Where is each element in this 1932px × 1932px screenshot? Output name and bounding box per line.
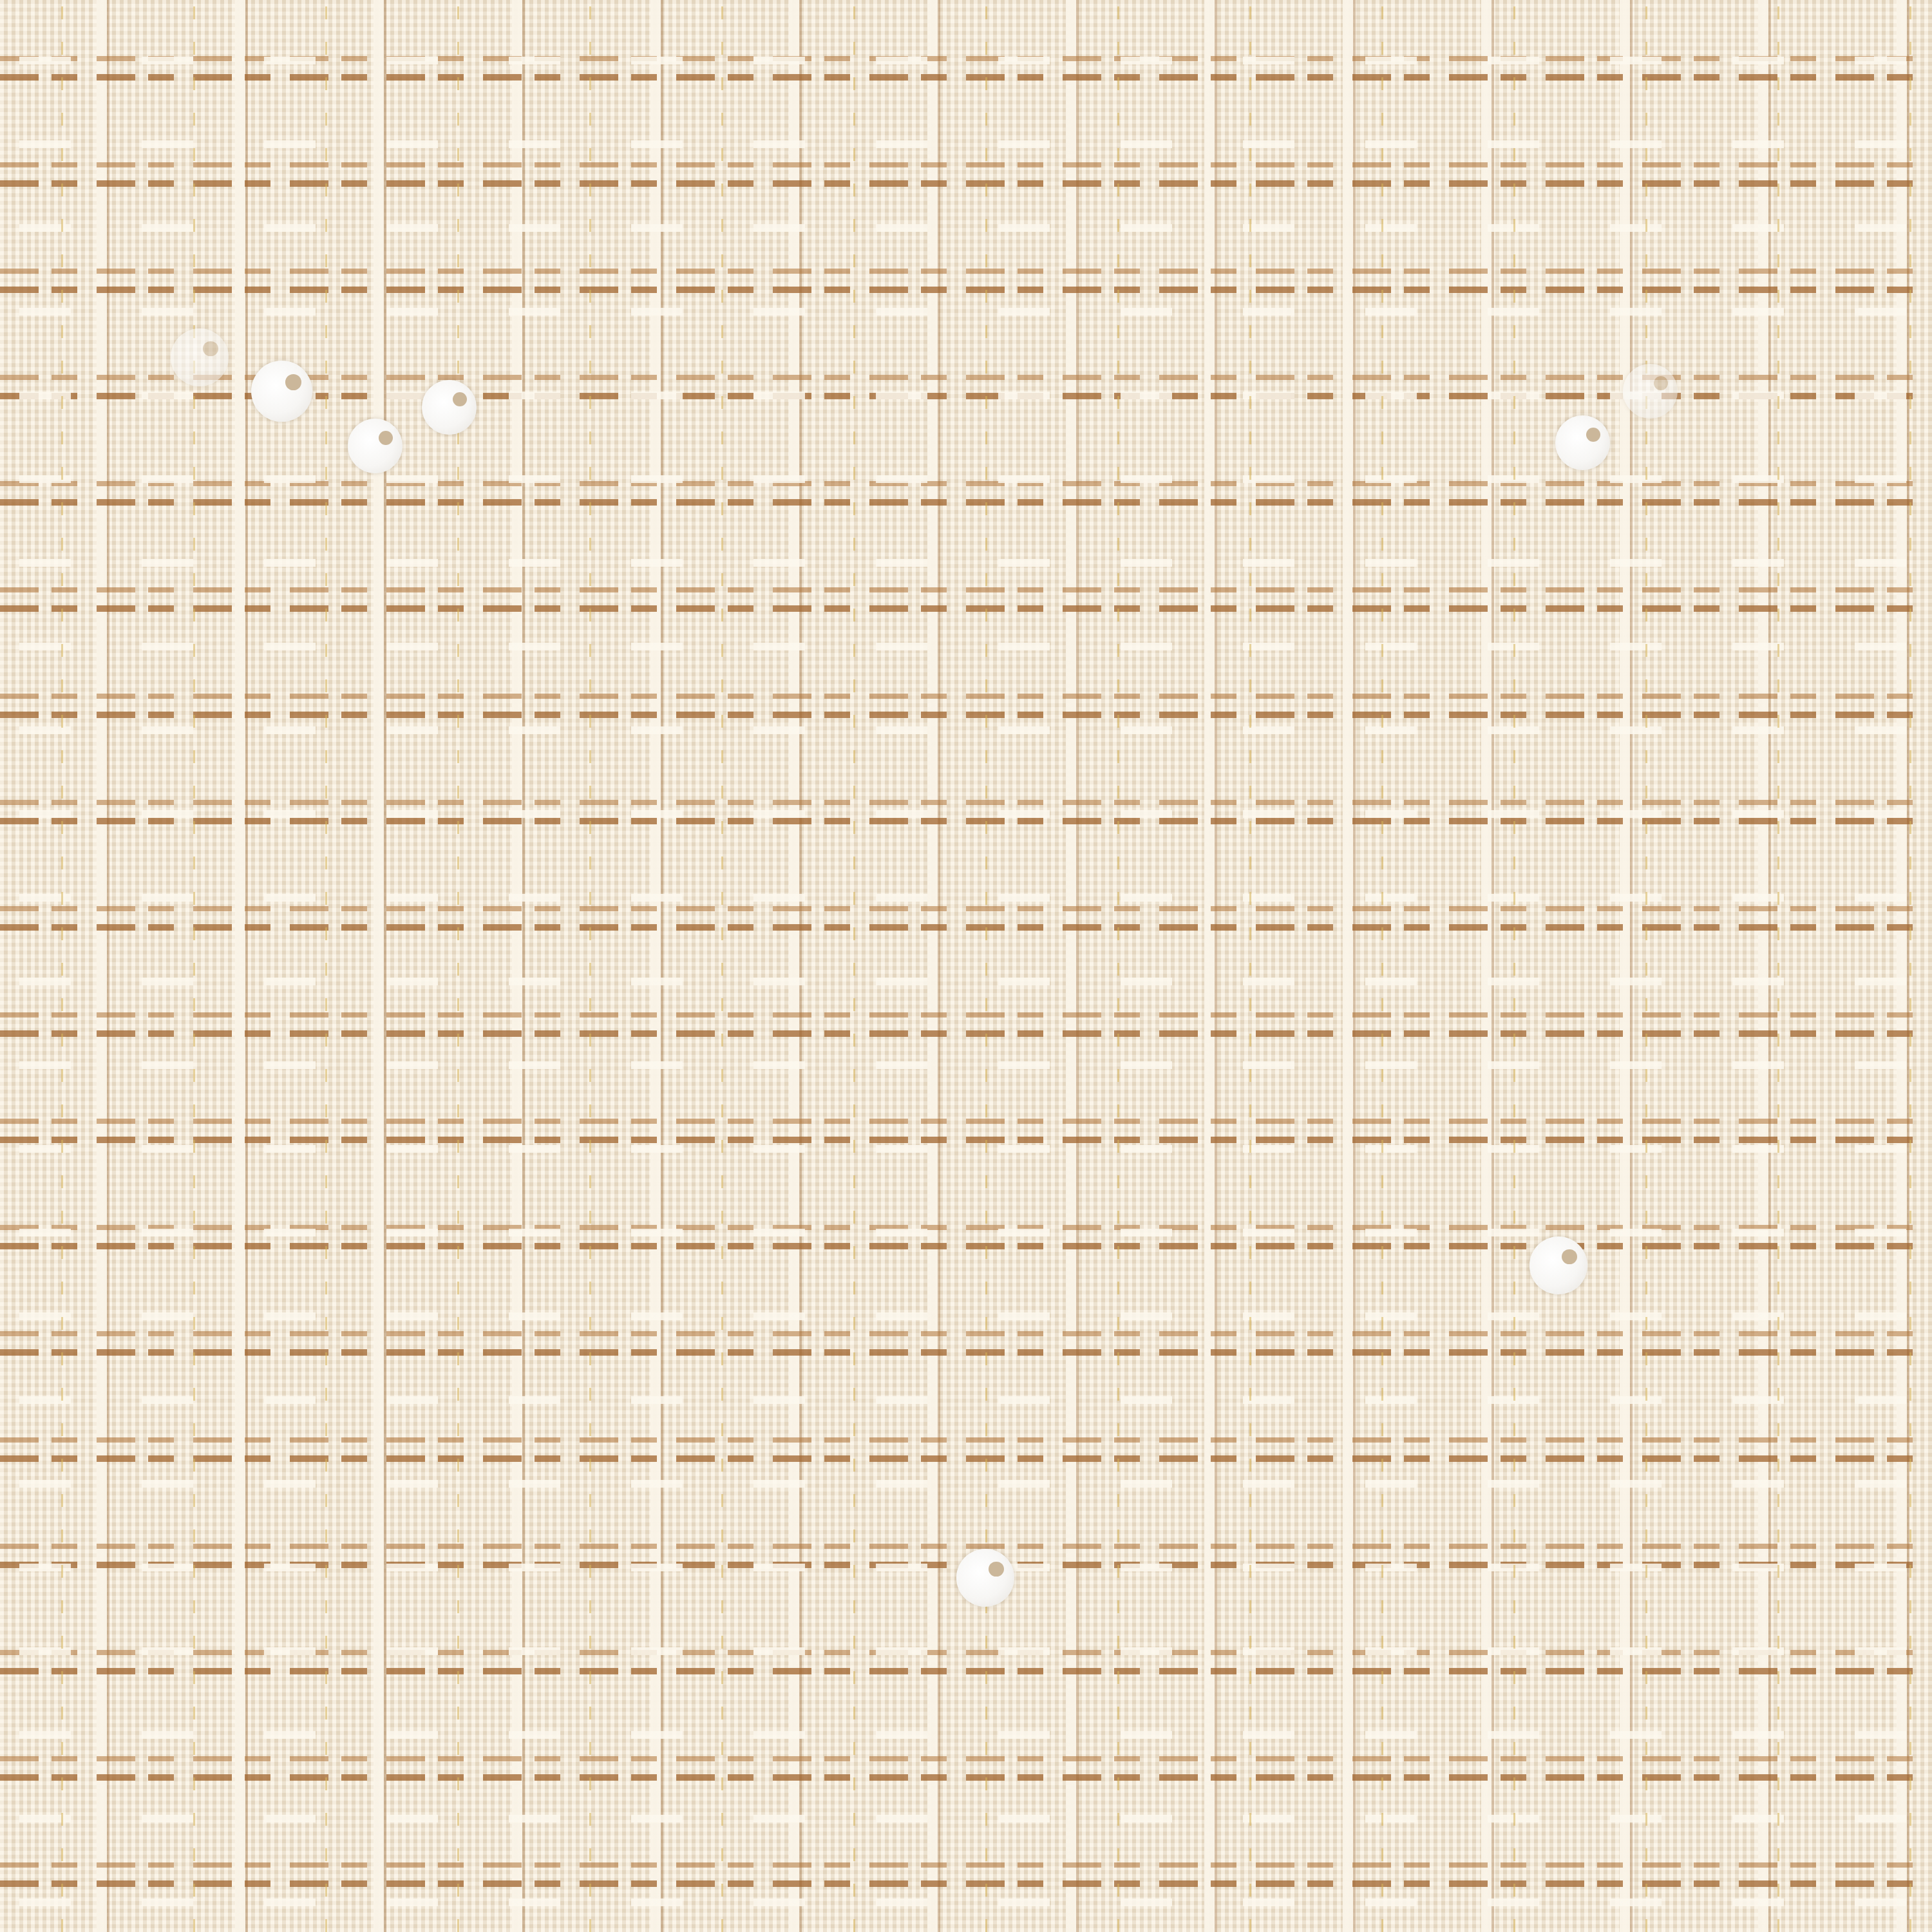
- sequin: [1623, 364, 1678, 419]
- sequin: [171, 328, 229, 386]
- sequin: [956, 1549, 1014, 1607]
- sequin: [422, 380, 477, 435]
- gold-lurex-threads: [0, 0, 1932, 1932]
- sequin: [251, 361, 312, 422]
- tweed-fabric-photo: [0, 0, 1932, 1932]
- sequin: [1555, 415, 1610, 470]
- sequin: [348, 419, 402, 473]
- sequin: [1529, 1236, 1587, 1294]
